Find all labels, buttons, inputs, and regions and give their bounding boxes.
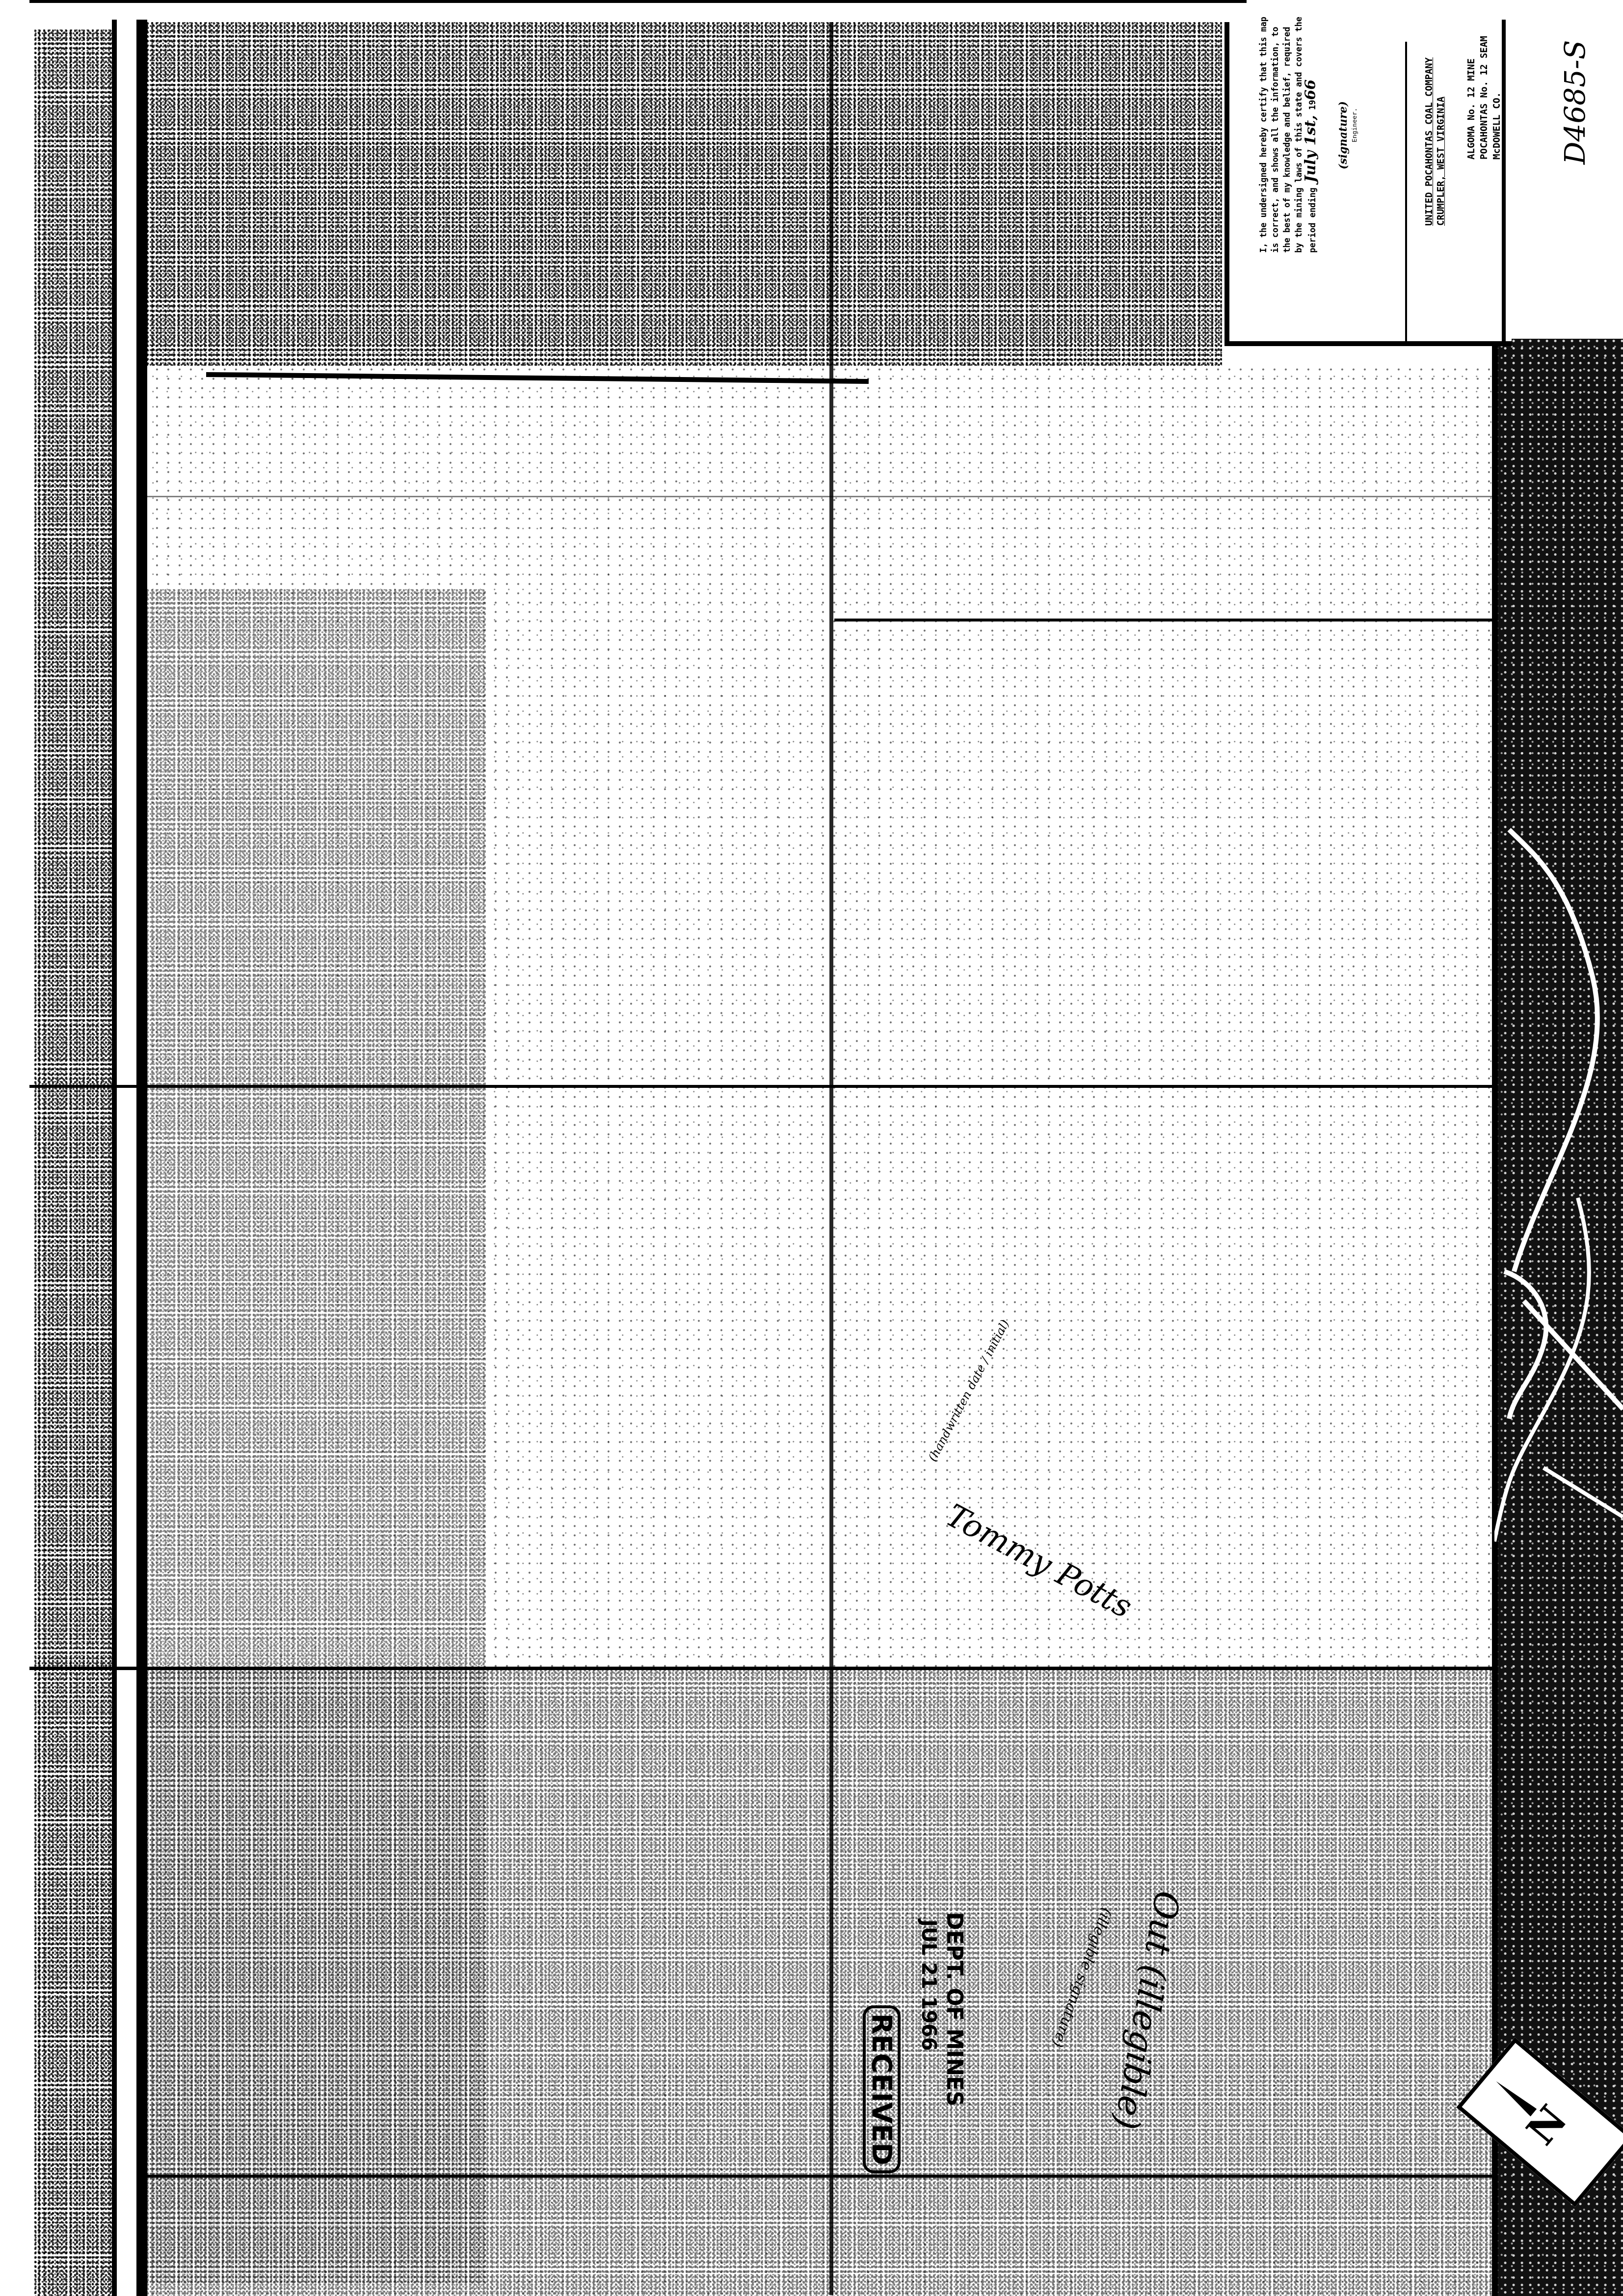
certification-text: I, the undersigned hereby certify that t… [1258, 17, 1319, 253]
map-top-band [142, 22, 1222, 366]
title-block-right-rule [1502, 20, 1506, 344]
certification-line-3: the best of my knowledge and belief, req… [1281, 17, 1293, 253]
left-margin-strip [34, 29, 115, 2296]
grid-horizontal-3 [834, 619, 1492, 621]
document-id: D4685-S [1558, 40, 1592, 164]
stamp-date: JUL 21 1966 [917, 1919, 940, 2051]
engineer-signature: (signature) [1328, 101, 1352, 169]
stamp-department: DEPT. OF MINES [942, 1912, 967, 2107]
map-frame-left [136, 20, 147, 2296]
grid-horizontal-4 [29, 1085, 1497, 1088]
engineer-label: Engineer. [1351, 108, 1358, 142]
seam-info: ALGOMA No. 12 MINE POCAHONTAS No. 12 SEA… [1465, 36, 1503, 160]
grid-horizontal-6 [147, 2175, 1492, 2178]
mine-name: ALGOMA No. 12 MINE [1465, 36, 1478, 160]
left-border-line [112, 20, 117, 2296]
top-scan-edge [29, 0, 1247, 3]
map-bottom-band [142, 1669, 1492, 2296]
handwritten-year: 66 [1302, 80, 1319, 100]
period-ending-label: period ending [1308, 188, 1318, 253]
grid-vertical-center [829, 22, 833, 2295]
certification-line-2: is correct, and shows all the informatio… [1270, 17, 1281, 253]
certification-line-1: I, the undersigned hereby certify that t… [1258, 17, 1270, 253]
handwritten-date: July 1st, [1302, 115, 1319, 182]
year-prefix: 19 [1308, 100, 1318, 110]
certification-line-5: period ending July 1st, 1966 [1305, 17, 1319, 253]
company-name: UNITED POCAHONTAS COAL COMPANY CRUMPLER,… [1423, 57, 1447, 226]
seam-name: POCAHONTAS No. 12 SEAM [1478, 36, 1490, 160]
received-stamp: RECEIVED [863, 2005, 901, 2173]
title-block-divider [1405, 42, 1407, 341]
company-location: CRUMPLER, WEST VIRGINIA [1435, 57, 1447, 226]
grid-horizontal-2 [147, 496, 1492, 497]
contour-lines [1494, 339, 1623, 2296]
stamp-received: RECEIVED [863, 2005, 901, 2173]
title-block: I, the undersigned hereby certify that t… [1224, 22, 1512, 346]
company-title: UNITED POCAHONTAS COAL COMPANY [1423, 57, 1435, 226]
grid-horizontal-5 [29, 1667, 1497, 1670]
